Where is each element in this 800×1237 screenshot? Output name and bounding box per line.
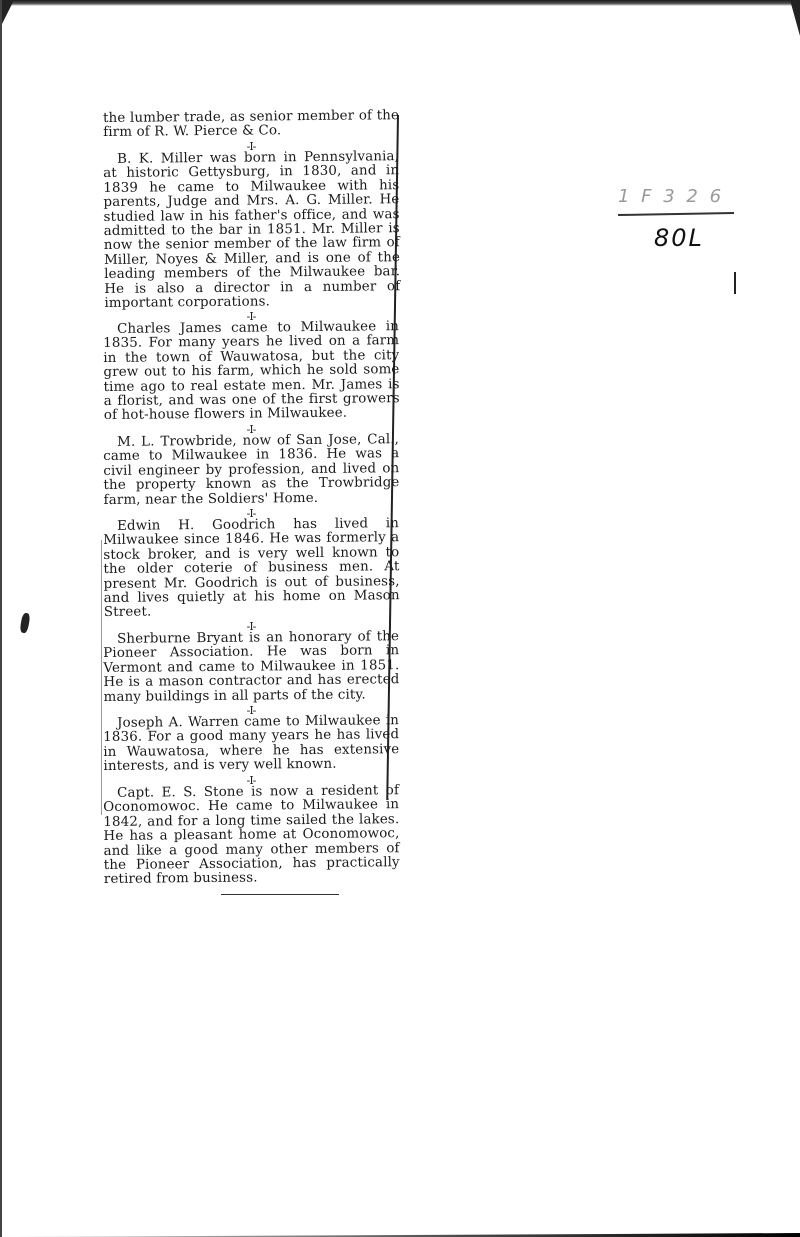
article-end-rule [221,894,339,895]
paragraph-continuation: the lumber trade, as senior member of th… [103,109,399,141]
paragraph-charles-james: Charles James came to Milwaukee in 1835.… [103,320,400,424]
paragraph-bk-miller: B. K. Miller was born in Pennsylvania, a… [103,150,401,311]
handwritten-underline [618,212,734,216]
scan-edge-top [0,0,800,6]
paragraph-es-stone: Capt. E. S. Stone is now a resident of O… [103,784,400,888]
handwritten-mark [734,272,736,294]
newspaper-clipping: the lumber trade, as senior member of th… [103,112,403,895]
scan-edge-left [0,0,2,1237]
scan-edge-bottom [0,1233,800,1237]
handwritten-faded-note: 1 F 3 2 6 [618,186,724,207]
paragraph-ml-trowbride: M. L. Trowbride, now of San Jose, Cal., … [103,433,400,508]
ink-blot-mark [19,612,30,633]
paragraph-edwin-goodrich: Edwin H. Goodrich has lived in Milwaukee… [103,517,400,621]
handwritten-number: 80L [654,224,704,252]
scan-corner-top-right [790,0,800,36]
paragraph-sherburne-bryant: Sherburne Bryant is an honorary of the P… [103,630,400,705]
column-rule-left [101,540,102,815]
scan-corner-top-left [0,0,14,28]
paragraph-joseph-warren: Joseph A. Warren came to Milwaukee in 18… [103,714,400,774]
